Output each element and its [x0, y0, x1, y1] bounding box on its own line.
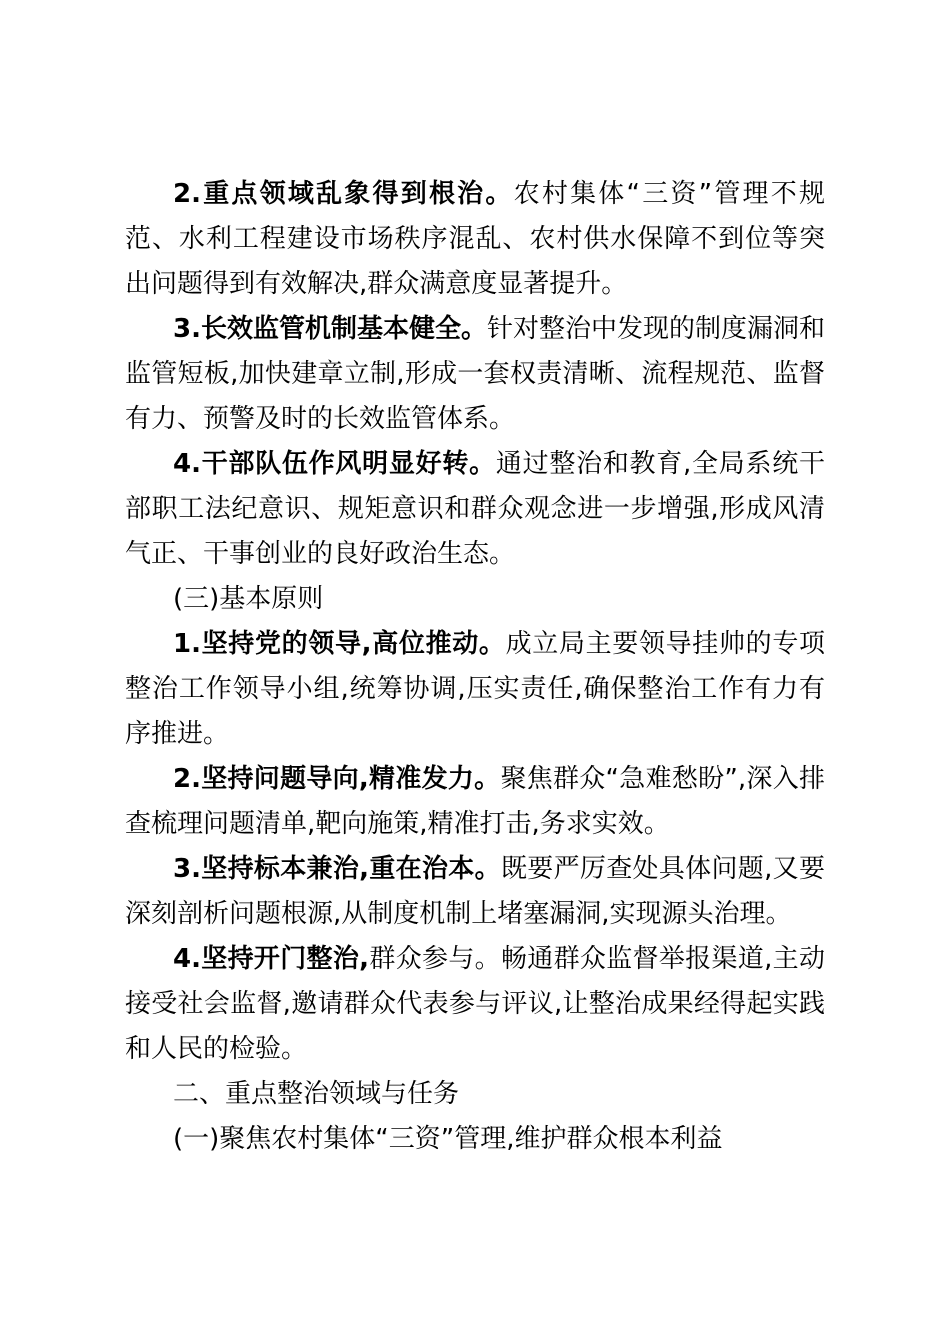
- paragraph-text: 二、重点整治领域与任务: [173, 1079, 459, 1109]
- para-principle-2: 2.坚持问题导向,精准发力。聚焦群众“急难愁盼”,深入排查梳理问题清单,靶向施策…: [125, 757, 825, 847]
- document-body: 2.重点领域乱象得到根治。农村集体“三资”管理不规范、水利工程建设市场秩序混乱、…: [125, 172, 825, 1162]
- heading-section-two: 二、重点整治领域与任务: [125, 1072, 825, 1117]
- para-principle-3: 3.坚持标本兼治,重在治本。既要严厉查处具体问题,又要深刻剖析问题根源,从制度机…: [125, 847, 825, 937]
- paragraph-lead-bold: 4.干部队伍作风明显好转。: [173, 449, 496, 479]
- document-page: 2.重点领域乱象得到根治。农村集体“三资”管理不规范、水利工程建设市场秩序混乱、…: [0, 0, 950, 1344]
- paragraph-lead-bold: 2.重点领域乱象得到根治。: [173, 179, 514, 209]
- heading-subsection-one: (一)聚焦农村集体“三资”管理,维护群众根本利益: [125, 1117, 825, 1162]
- para-principle-4: 4.坚持开门整治,群众参与。畅通群众监督举报渠道,主动接受社会监督,邀请群众代表…: [125, 937, 825, 1072]
- paragraph-lead-bold: 4.坚持开门整治,: [173, 944, 369, 974]
- para-goal-2: 2.重点领域乱象得到根治。农村集体“三资”管理不规范、水利工程建设市场秩序混乱、…: [125, 172, 825, 307]
- paragraph-text: (三)基本原则: [173, 584, 323, 614]
- paragraph-lead-bold: 3.坚持标本兼治,重在治本。: [173, 854, 501, 884]
- para-goal-3: 3.长效监管机制基本健全。针对整治中发现的制度漏洞和监管短板,加快建章立制,形成…: [125, 307, 825, 442]
- para-goal-4: 4.干部队伍作风明显好转。通过整治和教育,全局系统干部职工法纪意识、规矩意识和群…: [125, 442, 825, 577]
- paragraph-text: (一)聚焦农村集体“三资”管理,维护群众根本利益: [173, 1124, 723, 1154]
- paragraph-lead-bold: 1.坚持党的领导,高位推动。: [173, 629, 506, 659]
- heading-basic-principles: (三)基本原则: [125, 577, 825, 622]
- paragraph-lead-bold: 3.长效监管机制基本健全。: [173, 314, 487, 344]
- para-principle-1: 1.坚持党的领导,高位推动。成立局主要领导挂帅的专项整治工作领导小组,统筹协调,…: [125, 622, 825, 757]
- paragraph-lead-bold: 2.坚持问题导向,精准发力。: [173, 764, 500, 794]
